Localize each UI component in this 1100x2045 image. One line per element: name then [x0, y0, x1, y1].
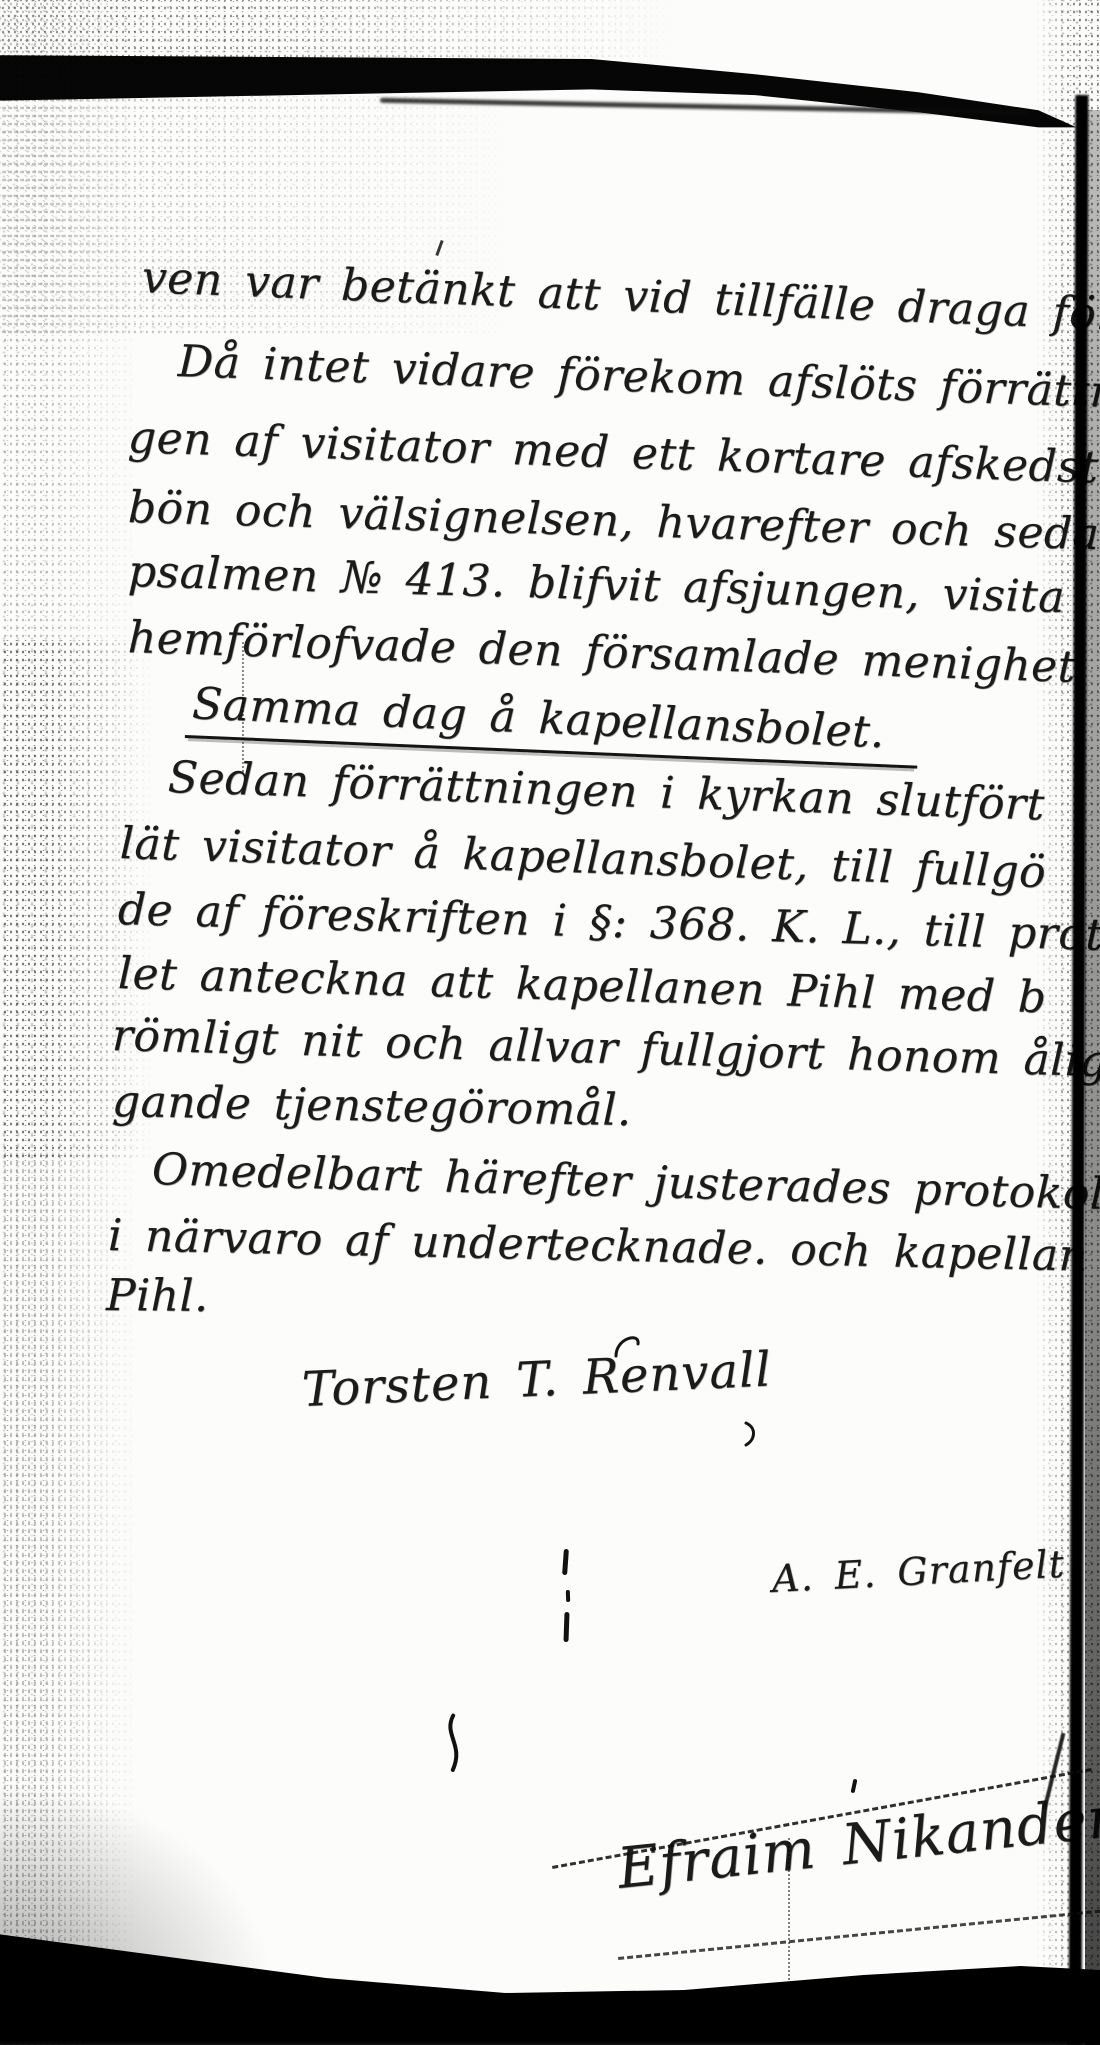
pencil-dashed-line — [618, 1910, 1100, 1960]
scan-binding-band-top — [0, 40, 1082, 135]
manuscript-line: ven var betänkt att vid tillfälle draga … — [141, 256, 1100, 338]
manuscript-line: Omedelbart härefter justerades protokoll — [151, 1148, 1100, 1217]
manuscript-line: let anteckna att kapellanen Pihl med b — [117, 952, 1047, 1020]
manuscript-line: i närvaro af undertecknade. och kapellan — [108, 1214, 1088, 1279]
signature-nikander: Efraim Nikander — [615, 1790, 1100, 1898]
manuscript-line: römligt nit och allvar fullgjort honom å… — [111, 1014, 1100, 1084]
manuscript-line: lät visitator å kapellansbolet, till ful… — [119, 822, 1046, 895]
manuscript-line: hemförlofvade den församlade menighet — [127, 616, 1076, 690]
stray-dash-mark — [562, 1549, 569, 1575]
scan-shade-bottom-left — [0, 1780, 280, 2010]
manuscript-line: Pihl. — [106, 1274, 209, 1319]
manuscript-line: bön och välsignelsen, hvarefter och seda… — [127, 486, 1100, 558]
scan-shadow-bottom — [0, 1900, 1100, 2045]
scanned-manuscript-page: ven var betänkt att vid tillfälle draga … — [0, 0, 1100, 2045]
scan-noise-left-low — [0, 1150, 120, 2000]
manuscript-line: gande tjenstegöromål. — [112, 1080, 632, 1133]
manuscript-line: psalmen № 413. blifvit afsjungen, visita — [127, 550, 1065, 620]
stray-dash-mark — [566, 1590, 570, 1602]
signature-flourish — [742, 1420, 762, 1448]
manuscript-line: gen af visitator med ett kortare afskeds… — [127, 416, 1099, 490]
scan-noise-top-left — [0, 0, 680, 64]
stray-apostrophe-mark — [851, 1779, 858, 1794]
manuscript-line: de af föreskriften i §: 368. K. L., till… — [117, 888, 1100, 959]
stray-dash-mark — [563, 1612, 569, 1642]
signature-granfelt: A. E. Granfelt — [771, 1545, 1066, 1598]
scan-binding-streak — [380, 98, 1030, 115]
stray-s-curve-mark — [435, 1711, 467, 1775]
stray-tick-mark — [435, 240, 443, 256]
signature-renvall: Torsten T. Renvall — [301, 1346, 773, 1414]
manuscript-line: Då intet vidare förekom afslöts förrättn… — [177, 340, 1100, 417]
